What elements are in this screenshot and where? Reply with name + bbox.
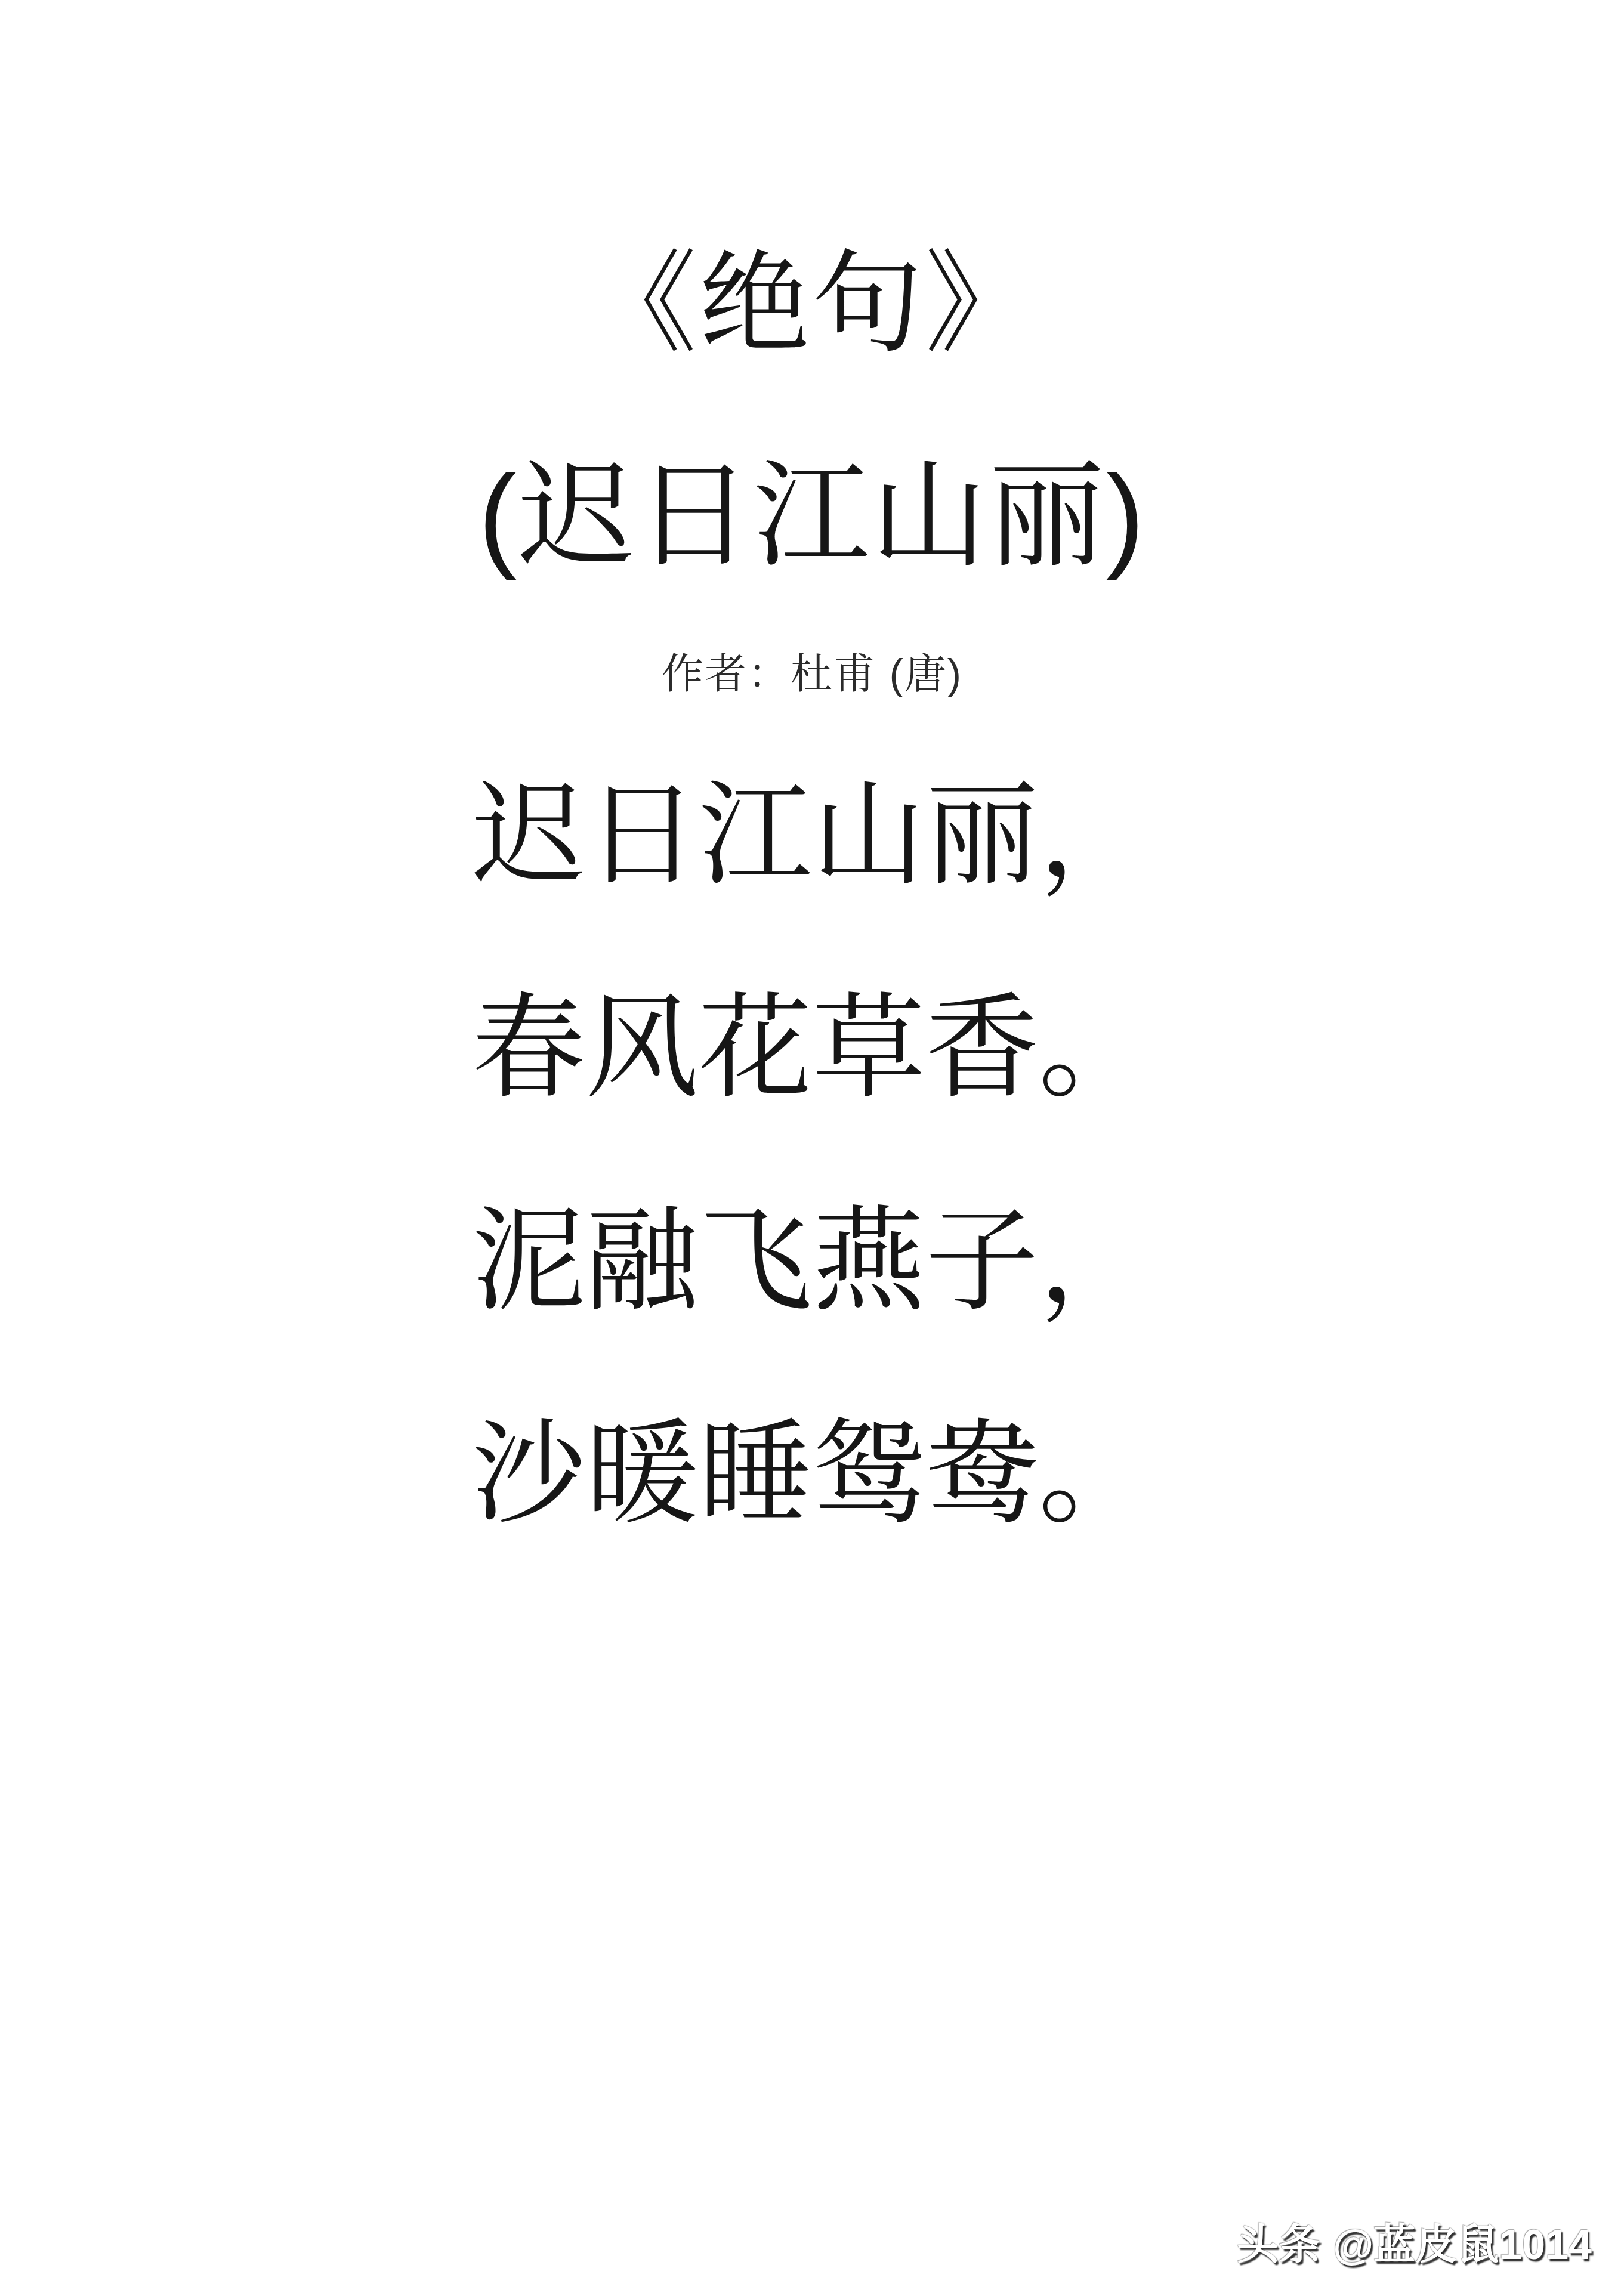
poem-poster: 《绝句》 (迟日江山丽) 作者：杜甫 (唐) 迟日江山丽， 春风花草香。 泥融飞…: [0, 0, 1624, 2296]
watermark-platform-label: 头条: [1237, 2221, 1320, 2268]
poem-line-3: 泥融飞燕子，: [0, 1204, 1624, 1318]
poem-author-line: 作者：杜甫 (唐): [0, 653, 1624, 695]
poem-line-2: 春风花草香。: [0, 991, 1624, 1105]
poem-line-4: 沙暖睡鸳鸯。: [0, 1417, 1624, 1531]
poem-title: 《绝句》: [0, 249, 1624, 360]
watermark-handle: @蓝皮鼠1014: [1333, 2221, 1592, 2268]
poem-line-1: 迟日江山丽，: [0, 778, 1624, 892]
poem-subtitle: (迟日江山丽): [0, 458, 1624, 574]
toutiao-watermark: 头条@蓝皮鼠1014: [1237, 2223, 1592, 2267]
